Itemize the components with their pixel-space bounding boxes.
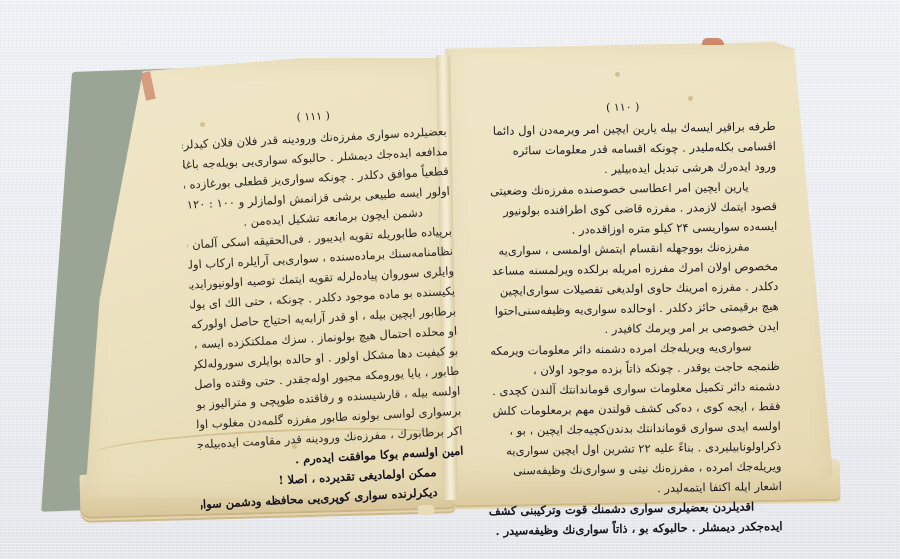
stained-corner-right (702, 38, 724, 45)
right-page-text: ( ١١٠ ) طرفه براقیر ایسه‌ك بیله یارین ای… (470, 95, 783, 541)
torn-page-fragment (418, 505, 434, 515)
left-page-text: ( ١١١ ) بعضیلرده سواری مفرزه‌نك ورودینه … (180, 100, 466, 514)
text-line: ایده‌جكدر دیمشلر . حالبوكه بو ، ذاتاً سو… (477, 516, 782, 541)
foxing-spot (615, 72, 620, 77)
open-book: ( ١١١ ) بعضیلرده سواری مفرزه‌نك ورودینه … (0, 0, 900, 559)
